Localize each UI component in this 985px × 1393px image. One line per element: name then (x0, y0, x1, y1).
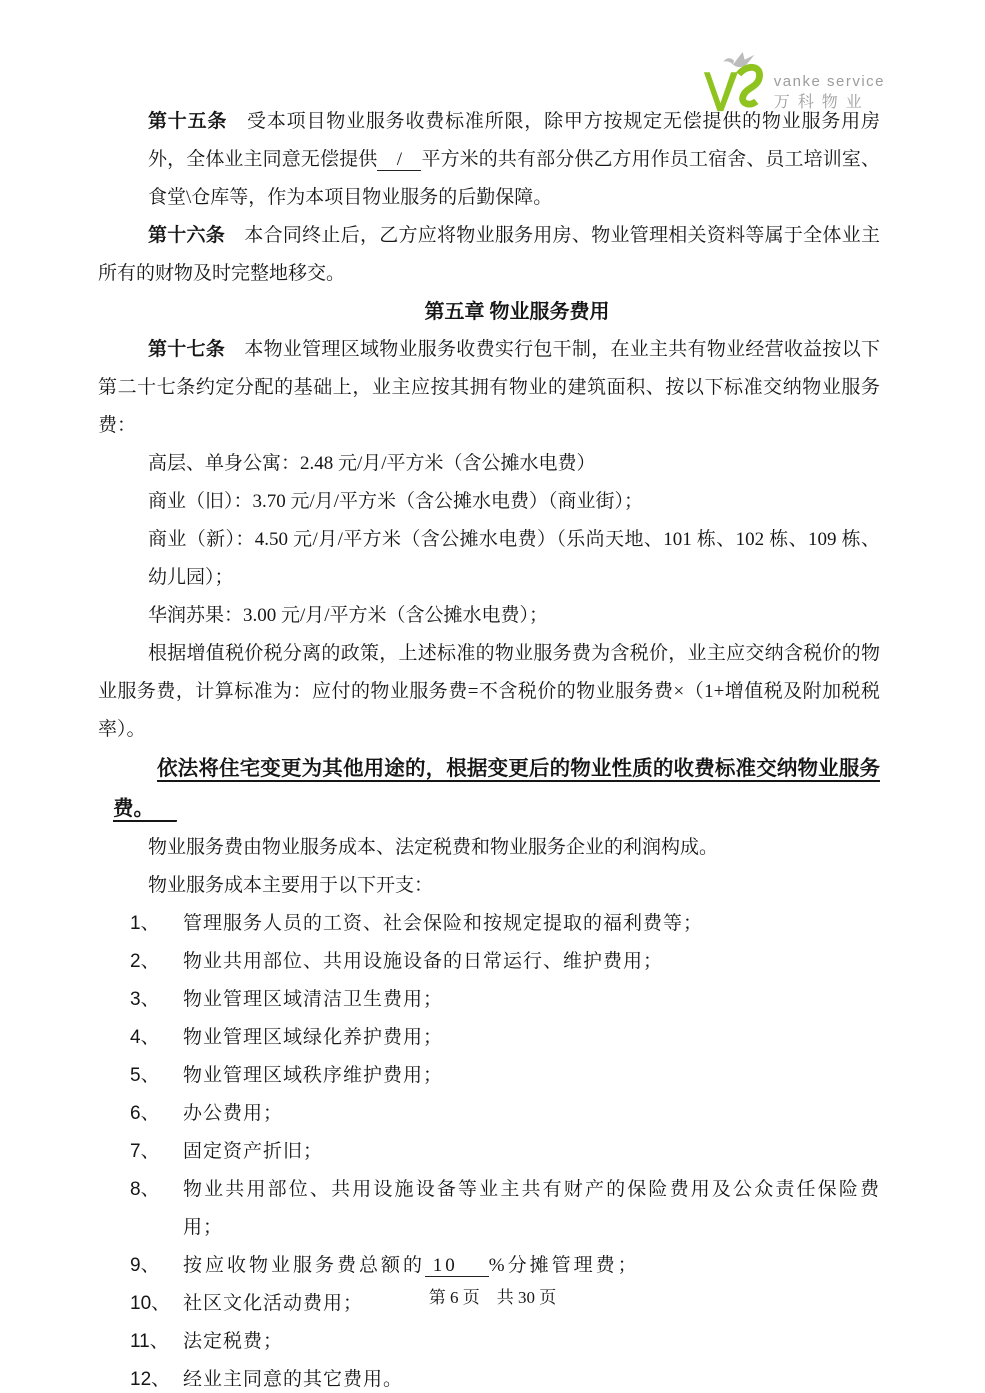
list-item-text: 物业管理区域秩序维护费用； (183, 1057, 443, 1095)
cost-list-item: 7、固定资产折旧； (98, 1133, 880, 1171)
cost-list-item: 8、物业共用部位、共用设施设备等业主共有财产的保险费用及公众责任保险费用； (98, 1171, 880, 1247)
clause-number: 第十五条 (148, 111, 227, 132)
text-run: 固定资产折旧； (183, 1141, 323, 1162)
list-item-text: 法定税费； (183, 1323, 283, 1361)
list-item-text: 管理服务人员的工资、社会保险和按规定提取的福利费等； (183, 905, 703, 943)
cost-list-item: 5、物业管理区域秩序维护费用； (98, 1057, 880, 1095)
cost-list-item: 6、办公费用； (98, 1095, 880, 1133)
chapter-heading: 第五章 物业服务费用 (154, 293, 880, 331)
list-item-number: 12、 (130, 1361, 183, 1393)
cost-list-item: 2、物业共用部位、共用设施设备的日常运行、维护费用； (98, 943, 880, 981)
text-run: 物业服务成本主要用于以下开支： (148, 875, 433, 896)
list-item-number: 2、 (130, 943, 183, 981)
list-item-text: 按应收物业服务费总额的 10 %分摊管理费； (183, 1247, 640, 1285)
text-run: 经业主同意的其它费用。 (183, 1369, 403, 1390)
text-run: 按应收物业服务费总额的 (183, 1255, 425, 1276)
text-run: 办公费用； (183, 1103, 283, 1124)
emphasis-clause: 依法将住宅变更为其他用途的，根据变更后的物业性质的收费标准交纳物业服务费。 (113, 749, 880, 829)
fee-line-commercial-old: 商业（旧）：3.70 元/月/平方米（含公摊水电费）（商业街）； (148, 483, 880, 521)
cost-list-item: 3、物业管理区域清洁卫生费用； (98, 981, 880, 1019)
list-item-text: 物业共用部位、共用设施设备等业主共有财产的保险费用及公众责任保险费用； (183, 1171, 880, 1247)
blank-underline: / (377, 149, 421, 171)
page-footer: 第 6 页 共 30 页 (0, 1283, 985, 1308)
text-run: 物业管理区域秩序维护费用； (183, 1065, 443, 1086)
fee-line-huarun: 华润苏果：3.00 元/月/平方米（含公摊水电费）； (148, 597, 880, 635)
list-item-text: 物业共用部位、共用设施设备的日常运行、维护费用； (183, 943, 663, 981)
page-number-text: 第 6 页 共 30 页 (429, 1288, 557, 1307)
text-run: 根据增值税价税分离的政策，上述标准的物业服务费为含税价，业主应交纳含税价的物业服… (98, 643, 880, 740)
text-run: %分摊管理费； (489, 1255, 640, 1276)
cost-list-item: 4、物业管理区域绿化养护费用； (98, 1019, 880, 1057)
list-item-text: 经业主同意的其它费用。 (183, 1361, 403, 1393)
blank-underline (154, 797, 177, 821)
list-item-number: 5、 (130, 1057, 183, 1095)
list-item-number: 6、 (130, 1095, 183, 1133)
cost-list-intro: 物业服务成本主要用于以下开支： (148, 867, 880, 905)
clause-16: 第十六条 本合同终止后，乙方应将物业服务用房、物业管理相关资料等属于全体业主所有… (98, 217, 880, 293)
cost-list-item: 9、按应收物业服务费总额的 10 %分摊管理费； (98, 1247, 880, 1285)
cost-list-item: 12、经业主同意的其它费用。 (98, 1361, 880, 1393)
contract-body: 第十五条 受本项目物业服务收费标准所限，除甲方按规定无偿提供的物业服务用房外，全… (98, 103, 880, 1393)
list-item-text: 物业管理区域清洁卫生费用； (183, 981, 443, 1019)
fee-composition-line: 物业服务费由物业服务成本、法定税费和物业服务企业的利润构成。 (148, 829, 880, 867)
clause-15: 第十五条 受本项目物业服务收费标准所限，除甲方按规定无偿提供的物业服务用房外，全… (148, 103, 880, 217)
text-run: 华润苏果：3.00 元/月/平方米（含公摊水电费）； (148, 605, 548, 626)
list-item-number: 7、 (130, 1133, 183, 1171)
clause-number: 第十六条 (148, 225, 225, 246)
list-item-number: 3、 (130, 981, 183, 1019)
text-run: 物业管理区域绿化养护费用； (183, 1027, 443, 1048)
cost-list-item: 1、管理服务人员的工资、社会保险和按规定提取的福利费等； (98, 905, 880, 943)
text-run: 物业管理区域清洁卫生费用； (183, 989, 443, 1010)
list-item-number: 8、 (130, 1171, 183, 1247)
fee-line-commercial-new: 商业（新）：4.50 元/月/平方米（含公摊水电费）（乐尚天地、101 栋、10… (148, 521, 880, 597)
text-run: 高层、单身公寓：2.48 元/月/平方米（含公摊水电费） (148, 453, 596, 474)
list-item-number: 11、 (130, 1323, 183, 1361)
list-item-number: 1、 (130, 905, 183, 943)
text-run: 法定税费； (183, 1331, 283, 1352)
list-item-text: 固定资产折旧； (183, 1133, 323, 1171)
document-page: vanke service 万科物业 第十五条 受本项目物业服务收费标准所限，除… (0, 0, 985, 1393)
brand-name-en: vanke service (774, 73, 885, 90)
text-run: 物业服务费由物业服务成本、法定税费和物业服务企业的利润构成。 (148, 837, 718, 858)
blank-underline: 10 (425, 1255, 489, 1277)
text-run: 物业共用部位、共用设施设备的日常运行、维护费用； (183, 951, 663, 972)
text-run: 商业（新）：4.50 元/月/平方米（含公摊水电费）（乐尚天地、101 栋、10… (148, 529, 880, 588)
text-run: 商业（旧）：3.70 元/月/平方米（含公摊水电费）（商业街）； (148, 491, 643, 512)
clause-17: 第十七条 本物业管理区域物业服务收费实行包干制，在业主共有物业经营收益按以下第二… (98, 331, 880, 445)
text-run: 依法将住宅变更为其他用途的，根据变更后的物业性质的收费标准交纳物业服务费。 (113, 757, 880, 820)
list-item-number: 9、 (130, 1247, 183, 1285)
fee-line-highrise: 高层、单身公寓：2.48 元/月/平方米（含公摊水电费） (148, 445, 880, 483)
list-item-number: 4、 (130, 1019, 183, 1057)
text-run: 物业共用部位、共用设施设备等业主共有财产的保险费用及公众责任保险费用； (183, 1179, 880, 1238)
clause-number: 第十七条 (148, 339, 225, 360)
cost-list-item: 11、法定税费； (98, 1323, 880, 1361)
list-item-text: 办公费用； (183, 1095, 283, 1133)
text-run: 管理服务人员的工资、社会保险和按规定提取的福利费等； (183, 913, 703, 934)
text-run: 第五章 物业服务费用 (425, 301, 610, 323)
tax-paragraph: 根据增值税价税分离的政策，上述标准的物业服务费为含税价，业主应交纳含税价的物业服… (98, 635, 880, 749)
list-item-text: 物业管理区域绿化养护费用； (183, 1019, 443, 1057)
